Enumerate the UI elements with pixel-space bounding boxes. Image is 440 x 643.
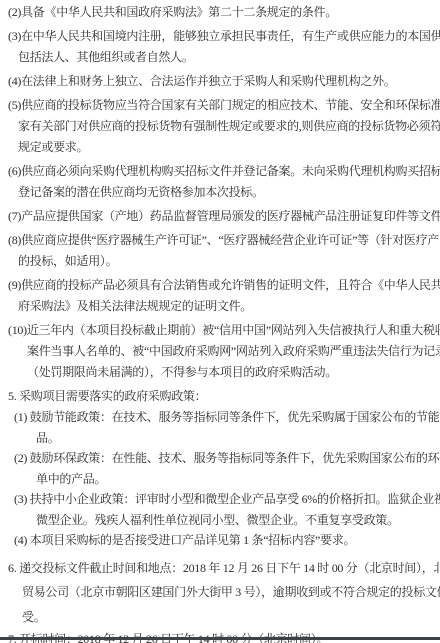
paragraph-14-line-1: (4) 本项目采购标的是否接受进口产品详见第 1 条“招标内容”要求。 bbox=[14, 530, 440, 551]
paragraph-12-line-2: 单中的产品。 bbox=[36, 469, 440, 490]
paragraph-7: (8)供应商应提供“医疗器械生产许可证”、“医疗器械经营企业许可证”等（针对医疗… bbox=[0, 230, 440, 272]
paragraph-4-line-2: 家有关部门对供应商的投标货物有强制性规定或要求的,则供应商的投标货物必须符合相应 bbox=[18, 116, 440, 137]
paragraph-13-line-1: (3) 扶持中小企业政策：评审时小型和微型企业产品享受 6%的价格折扣。监狱企业… bbox=[14, 489, 440, 510]
paragraph-15-line-2: 贸易公司（北京市朝阳区建国门外大街甲 3 号），逾期收到或不符合规定的投标文件恕… bbox=[22, 580, 440, 605]
paragraph-6: (7)产品应提供国家（产地）药品监督管理局颁发的医疗器械产品注册证复印件等文件。 bbox=[0, 206, 440, 227]
paragraph-15-line-3: 受。 bbox=[22, 605, 440, 630]
paragraph-8: (9)供应商的投标产品必须具有合法销售或允许销售的证明文件，且符合《中华人民共和… bbox=[0, 275, 440, 317]
paragraph-2: (3)在中华人民共和国境内注册，能够独立承担民事责任，有生产或供应能力的本国供应… bbox=[0, 26, 440, 68]
paragraph-4-line-3: 规定或要求。 bbox=[18, 137, 440, 158]
paragraph-9-line-3: （处罚期限尚未届满的），不得参与本项目的政府采购活动。 bbox=[27, 362, 440, 383]
paragraph-10-line-1: 5. 采购项目需要落实的政府采购政策： bbox=[8, 386, 440, 407]
paragraph-7-line-2: 的投标，如适用）。 bbox=[18, 251, 440, 272]
paragraph-5-line-1: (6)供应商必须向采购代理机构购买招标文件并登记备案。未向采购代理机构购买招标文… bbox=[8, 161, 440, 182]
paragraph-16: 7. 开标时间：2018 年 12 月 26 日下午 14 时 00 分（北京时… bbox=[0, 629, 440, 643]
paragraph-4-line-1: (5)供应商的投标货物应当符合国家有关部门规定的相应技术、节能、安全和环保标准；… bbox=[8, 95, 440, 116]
paragraph-4: (5)供应商的投标货物应当符合国家有关部门规定的相应技术、节能、安全和环保标准；… bbox=[0, 95, 440, 158]
document-page: (2)具备《中华人民共和国政府采购法》第二十二条规定的条件。(3)在中华人民共和… bbox=[0, 2, 440, 643]
paragraph-15: 6. 递交投标文件截止时间和地点：2018 年 12 月 26 日下午 14 时… bbox=[0, 556, 440, 630]
paragraphs: (2)具备《中华人民共和国政府采购法》第二十二条规定的条件。(3)在中华人民共和… bbox=[0, 2, 440, 643]
paragraph-1: (2)具备《中华人民共和国政府采购法》第二十二条规定的条件。 bbox=[0, 2, 440, 23]
paragraph-14: (4) 本项目采购标的是否接受进口产品详见第 1 条“招标内容”要求。 bbox=[0, 530, 440, 551]
paragraph-11: (1) 鼓励节能政策：在技术、服务等指标同等条件下，优先采购属于国家公布的节能清… bbox=[0, 407, 440, 448]
paragraph-9-line-1: (10)近三年内（本项目投标截止期前）被“信用中国”网站列入失信被执行人和重大税… bbox=[8, 320, 440, 341]
paragraph-13-line-2: 微型企业。残疾人福利性单位视同小型、微型企业。不重复享受政策。 bbox=[36, 510, 440, 531]
paragraph-11-line-2: 品。 bbox=[36, 428, 440, 449]
page-bottom-rule bbox=[0, 637, 440, 640]
paragraph-16-line-1: 7. 开标时间：2018 年 12 月 26 日下午 14 时 00 分（北京时… bbox=[8, 629, 440, 643]
paragraph-1-line-1: (2)具备《中华人民共和国政府采购法》第二十二条规定的条件。 bbox=[8, 2, 440, 23]
paragraph-3-line-1: (4)在法律上和财务上独立、合法运作并独立于采购人和采购代理机构之外。 bbox=[8, 71, 440, 92]
paragraph-15-line-1: 6. 递交投标文件截止时间和地点：2018 年 12 月 26 日下午 14 时… bbox=[8, 556, 440, 581]
paragraph-2-line-2: 包括法人、其他组织或者自然人。 bbox=[18, 47, 440, 68]
paragraph-11-line-1: (1) 鼓励节能政策：在技术、服务等指标同等条件下，优先采购属于国家公布的节能清… bbox=[14, 407, 440, 428]
paragraph-6-line-1: (7)产品应提供国家（产地）药品监督管理局颁发的医疗器械产品注册证复印件等文件。 bbox=[8, 206, 440, 227]
paragraph-12-line-1: (2) 鼓励环保政策：在性能、技术、服务等指标同等条件下，优先采购国家公布的环保… bbox=[14, 448, 440, 469]
paragraph-7-line-1: (8)供应商应提供“医疗器械生产许可证”、“医疗器械经营企业许可证”等（针对医疗… bbox=[8, 230, 440, 251]
paragraph-3: (4)在法律上和财务上独立、合法运作并独立于采购人和采购代理机构之外。 bbox=[0, 71, 440, 92]
paragraph-5: (6)供应商必须向采购代理机构购买招标文件并登记备案。未向采购代理机构购买招标文… bbox=[0, 161, 440, 203]
paragraph-2-line-1: (3)在中华人民共和国境内注册，能够独立承担民事责任，有生产或供应能力的本国供应… bbox=[8, 26, 440, 47]
paragraph-9: (10)近三年内（本项目投标截止期前）被“信用中国”网站列入失信被执行人和重大税… bbox=[0, 320, 440, 383]
paragraph-13: (3) 扶持中小企业政策：评审时小型和微型企业产品享受 6%的价格折扣。监狱企业… bbox=[0, 489, 440, 530]
paragraph-8-line-2: 府采购法》及相关法律法规规定的证明文件。 bbox=[18, 296, 440, 317]
paragraph-8-line-1: (9)供应商的投标产品必须具有合法销售或允许销售的证明文件，且符合《中华人民共和… bbox=[8, 275, 440, 296]
paragraph-9-line-2: 案件当事人名单的、被“中国政府采购网”网站列入政府采购严重违法失信行为记录名单 bbox=[27, 341, 440, 362]
paragraph-5-line-2: 登记备案的潜在供应商均无资格参加本次投标。 bbox=[18, 182, 440, 203]
paragraph-10: 5. 采购项目需要落实的政府采购政策： bbox=[0, 386, 440, 407]
paragraph-12: (2) 鼓励环保政策：在性能、技术、服务等指标同等条件下，优先采购国家公布的环保… bbox=[0, 448, 440, 489]
